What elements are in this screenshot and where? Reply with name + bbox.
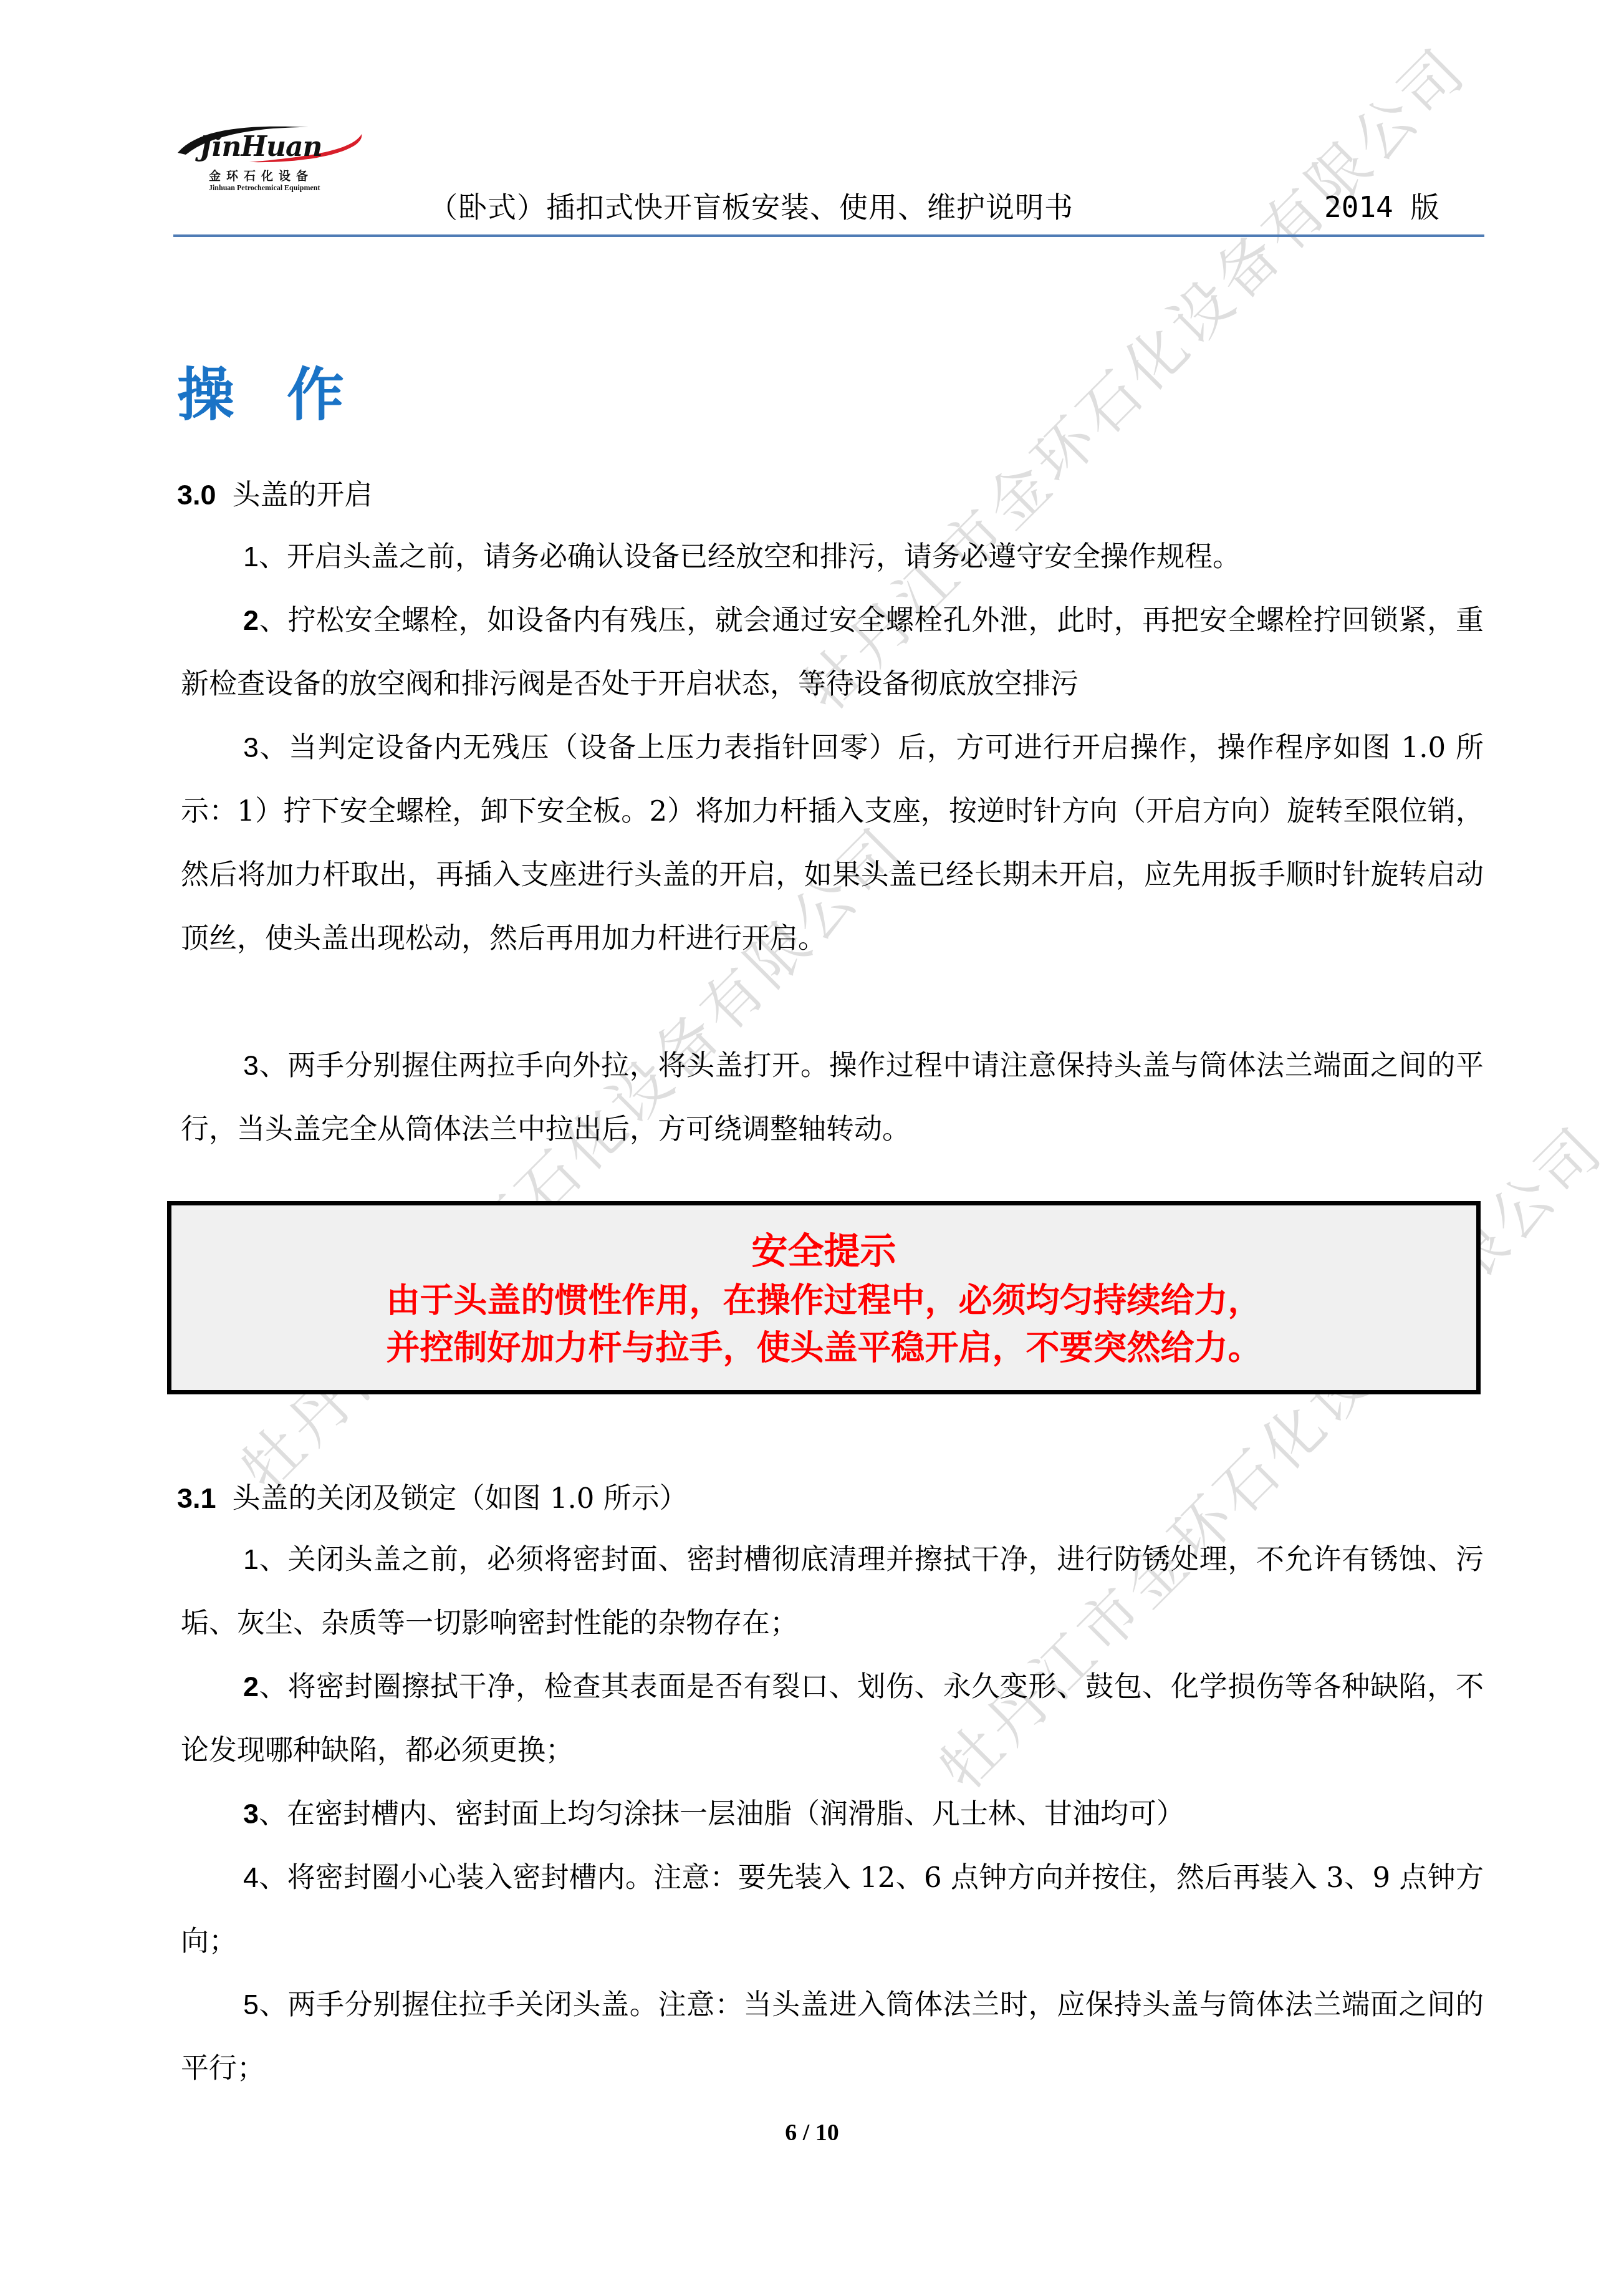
paragraph-3-1-3: 3、在密封槽内、密封面上均匀涂抹一层油脂（润滑脂、凡士林、甘油均可）	[181, 1782, 1484, 1846]
item-text: 、拧松安全螺栓，如设备内有残压，就会通过安全螺栓孔外泄，此时，再把安全螺栓拧回锁…	[181, 604, 1484, 700]
document-edition: 2014 版	[1324, 185, 1439, 226]
header-divider	[173, 234, 1484, 237]
safety-notice-title: 安全提示	[171, 1222, 1476, 1274]
section-heading-3-0: 3.0头盖的开启	[177, 472, 373, 513]
section-number: 3.1	[177, 1482, 216, 1514]
safety-notice-line-2: 并控制好加力杆与拉手，使头盖平稳开启，不要突然给力。	[171, 1321, 1476, 1369]
item-number: 1	[243, 1543, 259, 1575]
logo-script-text: JinHuan	[199, 131, 322, 163]
paragraph-3-1-2: 2、将密封圈擦拭干净，检查其表面是否有裂口、划伤、永久变形、鼓包、化学损伤等各种…	[181, 1655, 1484, 1782]
paragraph-3-0-4: 3、两手分别握住两拉手向外拉，将头盖打开。操作过程中请注意保持头盖与筒体法兰端面…	[181, 1034, 1484, 1161]
chapter-title: 操 作	[177, 349, 360, 432]
paragraph-3-1-5: 5、两手分别握住拉手关闭头盖。注意：当头盖进入筒体法兰时，应保持头盖与筒体法兰端…	[181, 1973, 1484, 2100]
document-title: （卧式）插扣式快开盲板安装、使用、维护说明书	[429, 185, 1074, 226]
page-number: 6 / 10	[0, 2119, 1624, 2146]
item-number: 1	[243, 541, 259, 572]
item-number: 2	[243, 1671, 259, 1702]
item-text: 、开启头盖之前，请务必确认设备已经放空和排污，请务必遵守安全操作规程。	[259, 540, 1241, 573]
item-text: 、将密封圈擦拭干净，检查其表面是否有裂口、划伤、永久变形、鼓包、化学损伤等各种缺…	[181, 1670, 1484, 1767]
item-number: 3	[243, 1050, 259, 1081]
item-text: 、当判定设备内无残压（设备上压力表指针回零）后，方可进行开启操作，操作程序如图 …	[181, 731, 1484, 955]
item-number: 2	[243, 604, 259, 636]
section-number: 3.0	[177, 479, 216, 511]
section-title: 头盖的关闭及锁定	[233, 1482, 457, 1514]
item-text: 、关闭头盖之前，必须将密封面、密封槽彻底清理并擦拭干净，进行防锈处理，不允许有锈…	[181, 1543, 1484, 1639]
item-text: 、两手分别握住两拉手向外拉，将头盖打开。操作过程中请注意保持头盖与筒体法兰端面之…	[181, 1049, 1484, 1146]
company-logo: JinHuan 金环石化设备 Jinhuan Petrochemical Equ…	[175, 118, 374, 193]
item-text: 、两手分别握住拉手关闭头盖。注意：当头盖进入筒体法兰时，应保持头盖与筒体法兰端面…	[181, 1988, 1484, 2085]
item-number: 3	[243, 731, 259, 763]
paragraph-3-1-1: 1、关闭头盖之前，必须将密封面、密封槽彻底清理并擦拭干净，进行防锈处理，不允许有…	[181, 1528, 1484, 1655]
paragraph-3-0-2: 2、拧松安全螺栓，如设备内有残压，就会通过安全螺栓孔外泄，此时，再把安全螺栓拧回…	[181, 589, 1484, 716]
safety-notice-line-1: 由于头盖的惯性作用，在操作过程中，必须均匀持续给力，	[171, 1274, 1476, 1322]
item-number: 4	[243, 1861, 259, 1893]
item-number: 5	[243, 1989, 259, 2020]
item-number: 3	[243, 1798, 259, 1830]
section-heading-3-1: 3.1头盖的关闭及锁定（如图 1.0 所示）	[177, 1475, 688, 1516]
paragraph-3-0-1: 1、开启头盖之前，请务必确认设备已经放空和排污，请务必遵守安全操作规程。	[181, 525, 1484, 589]
logo-english-name: Jinhuan Petrochemical Equipment	[209, 183, 320, 193]
item-text: 、将密封圈小心装入密封槽内。注意：要先装入 12、6 点钟方向并按住，然后再装入…	[181, 1861, 1484, 1957]
paragraph-3-1-4: 4、将密封圈小心装入密封槽内。注意：要先装入 12、6 点钟方向并按住，然后再装…	[181, 1846, 1484, 1973]
section-title-suffix: （如图 1.0 所示）	[457, 1482, 688, 1515]
section-title: 头盖的开启	[233, 479, 373, 511]
item-text: 、在密封槽内、密封面上均匀涂抹一层油脂（润滑脂、凡士林、甘油均可）	[259, 1797, 1184, 1830]
logo-chinese-name: 金环石化设备	[209, 167, 314, 184]
safety-notice-box: 安全提示 由于头盖的惯性作用，在操作过程中，必须均匀持续给力， 并控制好加力杆与…	[167, 1201, 1481, 1394]
paragraph-3-0-3: 3、当判定设备内无残压（设备上压力表指针回零）后，方可进行开启操作，操作程序如图…	[181, 716, 1484, 970]
